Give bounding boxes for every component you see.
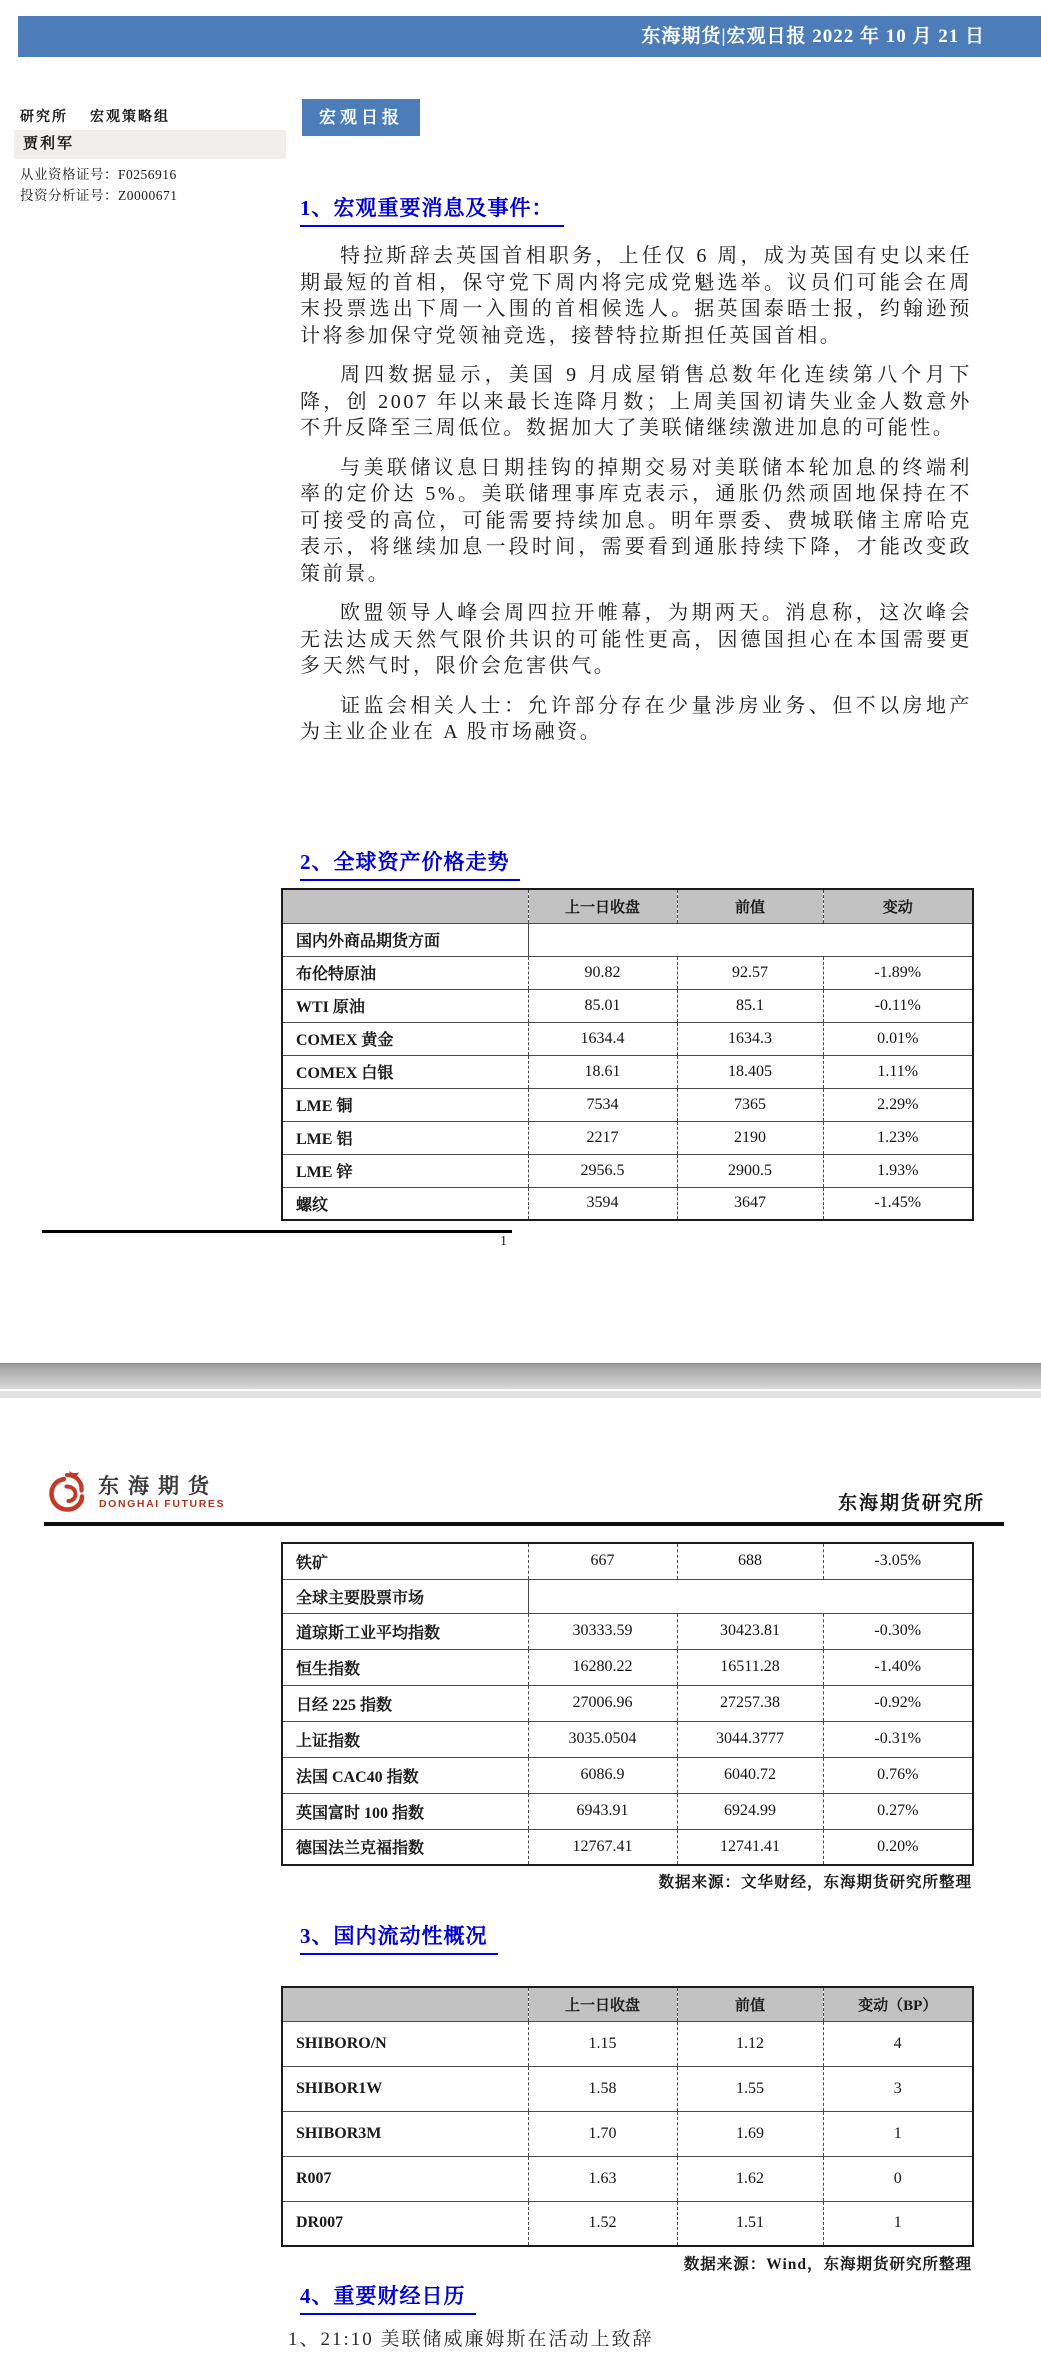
table-value-cell: 1.70 (528, 2111, 677, 2156)
table-value-cell: 0.20% (823, 1829, 973, 1865)
table-value-cell: 2956.5 (528, 1154, 677, 1187)
macro-news-section: 1、宏观重要消息及事件： 特拉斯辞去英国首相职务，上任仅 6 周，成为英国有史以… (300, 192, 972, 759)
table-value-cell: 4 (823, 2021, 973, 2066)
table-value-cell: 30423.81 (677, 1613, 823, 1649)
body-paragraph: 与美联储议息日期挂钩的掉期交易对美联储本轮加息的终端利率的定价达 5%。美联储理… (300, 455, 972, 588)
table-value-cell: 6924.99 (677, 1793, 823, 1829)
table-value-cell: -3.05% (823, 1543, 973, 1579)
table-value-cell: 30333.59 (528, 1613, 677, 1649)
table-value-cell: 1.63 (528, 2156, 677, 2201)
dept-label: 研究所 (20, 110, 68, 125)
table-header-cell: 变动（BP） (823, 1987, 973, 2021)
table-row: 铁矿667688-3.05% (282, 1543, 973, 1579)
table-row: 道琼斯工业平均指数30333.5930423.81-0.30% (282, 1613, 973, 1649)
logo-chinese-name: 东海期货 (98, 1470, 218, 1500)
table-row: R0071.631.620 (282, 2156, 973, 2201)
table-section-label: 全球主要股票市场 (282, 1579, 528, 1613)
section-3-title: 3、国内流动性概况 (300, 1920, 498, 1955)
table-value-cell: 0.76% (823, 1757, 973, 1793)
table-value-cell: -1.45% (823, 1187, 973, 1220)
table-value-cell: 1.52 (528, 2201, 677, 2246)
table-value-cell: 1.12 (677, 2021, 823, 2066)
table-row-label: SHIBORO/N (282, 2021, 528, 2066)
table-value-cell: 1.23% (823, 1121, 973, 1154)
table-row: WTI 原油85.0185.1-0.11% (282, 989, 973, 1022)
table-row-label: 恒生指数 (282, 1649, 528, 1685)
table-row: 国内外商品期货方面 (282, 923, 973, 956)
table-value-cell: 18.61 (528, 1055, 677, 1088)
table-header-cell: 变动 (823, 889, 973, 923)
report-header-title: 东海期货|宏观日报 2022 年 10 月 21 日 (641, 26, 985, 47)
table-empty-cell (528, 923, 973, 956)
table-section-label: 国内外商品期货方面 (282, 923, 528, 956)
research-dept-line: 研究所宏观策略组 (20, 106, 170, 126)
table-value-cell: -1.40% (823, 1649, 973, 1685)
table-row-label: 上证指数 (282, 1721, 528, 1757)
table-row-label: SHIBOR3M (282, 2111, 528, 2156)
table-value-cell: 1.58 (528, 2066, 677, 2111)
table-header-row: 上一日收盘前值变动（BP） (282, 1987, 973, 2021)
table-header-cell: 上一日收盘 (528, 1987, 677, 2021)
table-row-label: 法国 CAC40 指数 (282, 1757, 528, 1793)
table-value-cell: 667 (528, 1543, 677, 1579)
table-value-cell: 3594 (528, 1187, 677, 1220)
table-value-cell: 1.55 (677, 2066, 823, 2111)
table-value-cell: 27257.38 (677, 1685, 823, 1721)
table-row-label: 铁矿 (282, 1543, 528, 1579)
table-row-label: LME 铝 (282, 1121, 528, 1154)
table-row-label: LME 铜 (282, 1088, 528, 1121)
table-value-cell: 16511.28 (677, 1649, 823, 1685)
table-value-cell: 0.27% (823, 1793, 973, 1829)
report-type-badge: 宏观日报 (302, 99, 420, 136)
body-paragraph: 欧盟领导人峰会周四拉开帷幕，为期两天。消息称，这次峰会无法达成天然气限价共识的可… (300, 600, 972, 680)
table-row: 布伦特原油90.8292.57-1.89% (282, 956, 973, 989)
table-row-label: COMEX 黄金 (282, 1022, 528, 1055)
body-paragraph: 周四数据显示，美国 9 月成屋销售总数年化连续第八个月下降，创 2007 年以来… (300, 362, 972, 442)
table-value-cell: 3035.0504 (528, 1721, 677, 1757)
table-row: 法国 CAC40 指数6086.96040.720.76% (282, 1757, 973, 1793)
table-value-cell: 2190 (677, 1121, 823, 1154)
table-header-cell: 上一日收盘 (528, 889, 677, 923)
table-value-cell: 0 (823, 2156, 973, 2201)
table-row: DR0071.521.511 (282, 2201, 973, 2246)
practice-cert-number: 从业资格证号：F0256916 (20, 163, 177, 183)
table-value-cell: -0.92% (823, 1685, 973, 1721)
logo-english-name: DONGHAI FUTURES (99, 1498, 225, 1510)
table-value-cell: 2217 (528, 1121, 677, 1154)
table-row: 日经 225 指数27006.9627257.38-0.92% (282, 1685, 973, 1721)
table-row-label: 德国法兰克福指数 (282, 1829, 528, 1865)
table-header-cell (282, 889, 528, 923)
table-empty-cell (528, 1579, 973, 1613)
page1-footer-rule (42, 1230, 512, 1233)
table-row: LME 锌2956.52900.51.93% (282, 1154, 973, 1187)
table-value-cell: 12767.41 (528, 1829, 677, 1865)
report-header-bar: 东海期货|宏观日报 2022 年 10 月 21 日 (18, 16, 1041, 57)
table-value-cell: 85.1 (677, 989, 823, 1022)
table-row: COMEX 黄金1634.41634.30.01% (282, 1022, 973, 1055)
table-header-cell: 前值 (677, 889, 823, 923)
table-row-label: WTI 原油 (282, 989, 528, 1022)
table-row: 螺纹35943647-1.45% (282, 1187, 973, 1220)
table-value-cell: -0.30% (823, 1613, 973, 1649)
table-value-cell: -1.89% (823, 956, 973, 989)
table-header-row: 上一日收盘前值变动 (282, 889, 973, 923)
table-value-cell: 3044.3777 (677, 1721, 823, 1757)
table-row-label: 布伦特原油 (282, 956, 528, 989)
table-value-cell: 1 (823, 2111, 973, 2156)
section-2-title: 2、全球资产价格走势 (300, 846, 520, 881)
table-row-label: DR007 (282, 2201, 528, 2246)
table-value-cell: 6943.91 (528, 1793, 677, 1829)
body-paragraph: 证监会相关人士：允许部分存在少量涉房业务、但不以房地产为主业企业在 A 股市场融… (300, 693, 972, 746)
table-row: SHIBOR1W1.581.553 (282, 2066, 973, 2111)
table-row-label: COMEX 白银 (282, 1055, 528, 1088)
table-value-cell: 688 (677, 1543, 823, 1579)
donghai-logo-icon (44, 1468, 90, 1521)
table-value-cell: 2900.5 (677, 1154, 823, 1187)
table-row: 上证指数3035.05043044.3777-0.31% (282, 1721, 973, 1757)
table-value-cell: 12741.41 (677, 1829, 823, 1865)
table-row-label: R007 (282, 2156, 528, 2201)
body-paragraph: 特拉斯辞去英国首相职务，上任仅 6 周，成为英国有史以来任期最短的首相，保守党下… (300, 243, 972, 349)
analyst-name: 贾利军 (23, 136, 74, 152)
table-value-cell: 6040.72 (677, 1757, 823, 1793)
institute-name: 东海期货研究所 (838, 1488, 985, 1515)
table-value-cell: 90.82 (528, 956, 677, 989)
table-row-label: LME 锌 (282, 1154, 528, 1187)
analyst-name-box: 贾利军 (14, 130, 286, 159)
table-row: 全球主要股票市场 (282, 1579, 973, 1613)
page-break-strip (0, 1391, 1041, 1398)
table-value-cell: 18.405 (677, 1055, 823, 1088)
table-row: COMEX 白银18.6118.4051.11% (282, 1055, 973, 1088)
data-source-wenhua: 数据来源：文华财经，东海期货研究所整理 (281, 1870, 972, 1892)
table-value-cell: 27006.96 (528, 1685, 677, 1721)
data-source-wind: 数据来源：Wind，东海期货研究所整理 (281, 2252, 972, 2274)
table-row: SHIBORO/N1.151.124 (282, 2021, 973, 2066)
global-assets-table-page1: 上一日收盘前值变动国内外商品期货方面布伦特原油90.8292.57-1.89%W… (281, 888, 974, 1221)
table-value-cell: -0.11% (823, 989, 973, 1022)
table-row: LME 铝221721901.23% (282, 1121, 973, 1154)
table-value-cell: 2.29% (823, 1088, 973, 1121)
table-header-cell: 前值 (677, 1987, 823, 2021)
table-value-cell: 16280.22 (528, 1649, 677, 1685)
table-value-cell: 7365 (677, 1088, 823, 1121)
table-value-cell: 1.93% (823, 1154, 973, 1187)
table-row-label: 螺纹 (282, 1187, 528, 1220)
table-value-cell: 1634.4 (528, 1022, 677, 1055)
table-value-cell: 92.57 (677, 956, 823, 989)
table-value-cell: 3 (823, 2066, 973, 2111)
table-value-cell: 1634.3 (677, 1022, 823, 1055)
table-value-cell: 1.15 (528, 2021, 677, 2066)
table-value-cell: 6086.9 (528, 1757, 677, 1793)
table-value-cell: 0.01% (823, 1022, 973, 1055)
table-value-cell: 3647 (677, 1187, 823, 1220)
table-row-label: 英国富时 100 指数 (282, 1793, 528, 1829)
table-value-cell: 1.51 (677, 2201, 823, 2246)
page-number: 1 (500, 1234, 507, 1250)
page2-header-rule (44, 1522, 1004, 1526)
table-value-cell: 1 (823, 2201, 973, 2246)
page-break-band (0, 1363, 1041, 1389)
section-4-title: 4、重要财经日历 (300, 2280, 476, 2315)
table-value-cell: 7534 (528, 1088, 677, 1121)
table-row: SHIBOR3M1.701.691 (282, 2111, 973, 2156)
table-row: LME 铜753473652.29% (282, 1088, 973, 1121)
table-value-cell: 1.69 (677, 2111, 823, 2156)
table-value-cell: 1.11% (823, 1055, 973, 1088)
group-label: 宏观策略组 (90, 110, 170, 125)
table-row-label: 道琼斯工业平均指数 (282, 1613, 528, 1649)
table-value-cell: -0.31% (823, 1721, 973, 1757)
analysis-cert-number: 投资分析证号：Z0000671 (20, 184, 178, 204)
table-row-label: SHIBOR1W (282, 2066, 528, 2111)
table-row: 德国法兰克福指数12767.4112741.410.20% (282, 1829, 973, 1865)
liquidity-table: 上一日收盘前值变动（BP）SHIBORO/N1.151.124SHIBOR1W1… (281, 1986, 974, 2247)
table-value-cell: 1.62 (677, 2156, 823, 2201)
table-value-cell: 85.01 (528, 989, 677, 1022)
calendar-event-item: 1、21:10 美联储威廉姆斯在活动上致辞 (288, 2324, 654, 2351)
table-row: 恒生指数16280.2216511.28-1.40% (282, 1649, 973, 1685)
table-header-cell (282, 1987, 528, 2021)
table-row-label: 日经 225 指数 (282, 1685, 528, 1721)
table-row: 英国富时 100 指数6943.916924.990.27% (282, 1793, 973, 1829)
global-assets-table-page2: 铁矿667688-3.05%全球主要股票市场道琼斯工业平均指数30333.593… (281, 1542, 974, 1866)
report-page: 东海期货|宏观日报 2022 年 10 月 21 日 研究所宏观策略组 贾利军 … (0, 0, 1041, 2355)
section-1-title: 1、宏观重要消息及事件： (300, 192, 564, 227)
